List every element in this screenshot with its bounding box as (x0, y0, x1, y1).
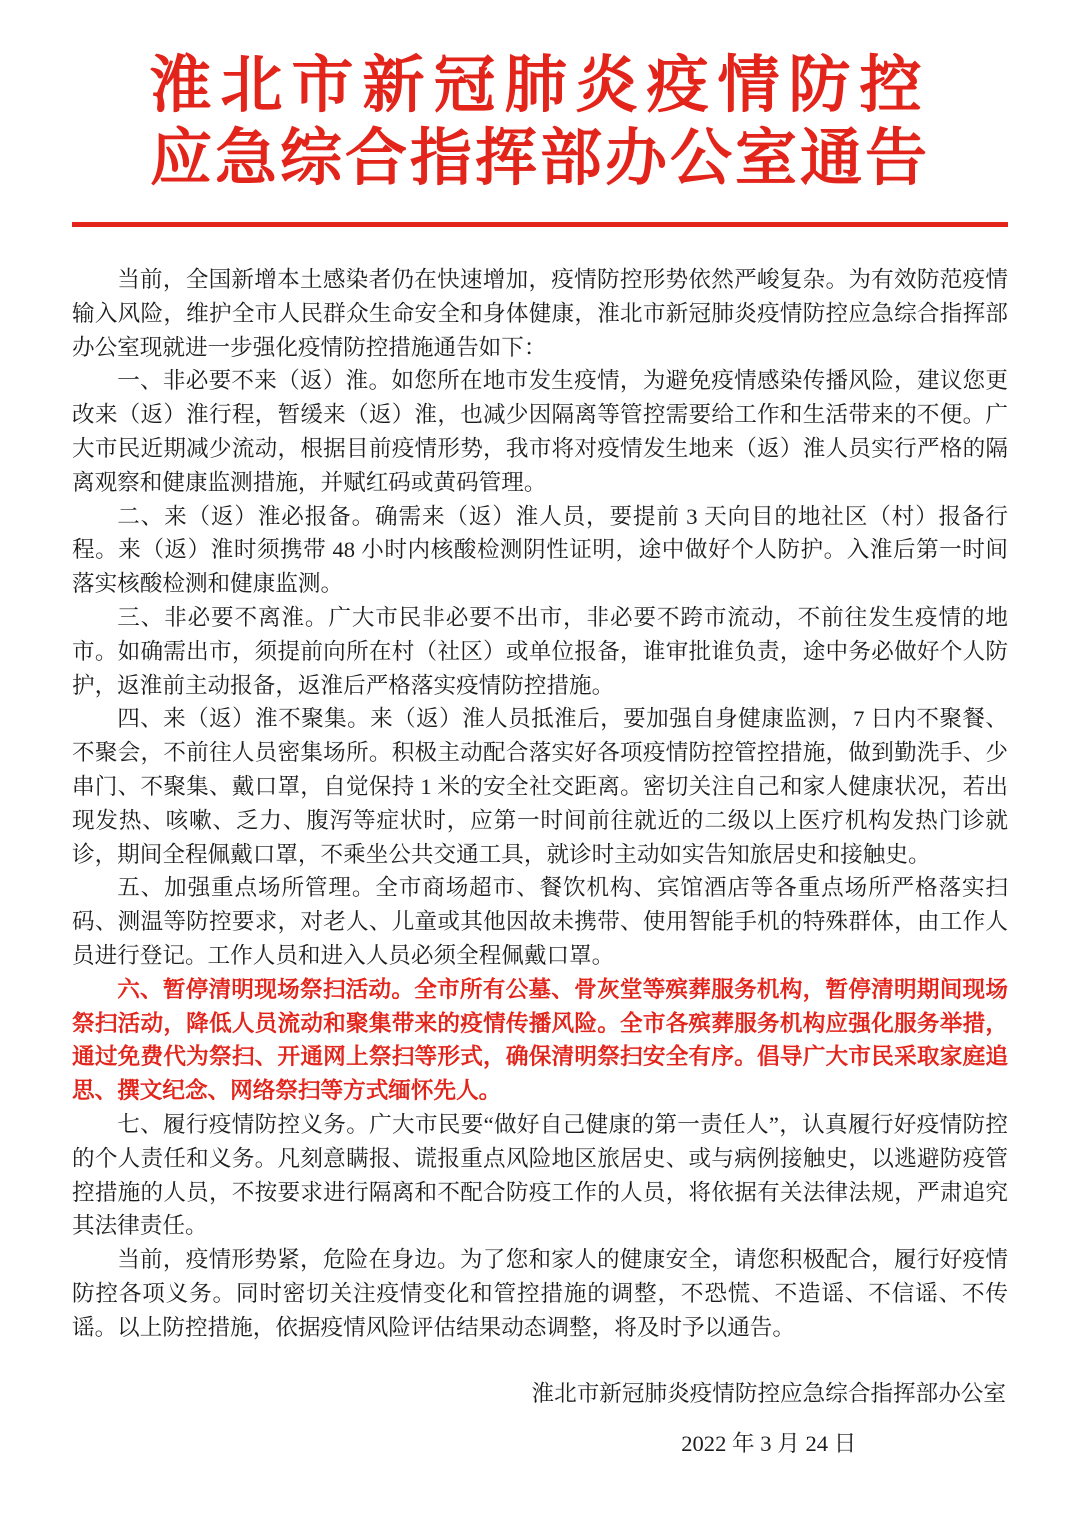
signature-date: 2022 年 3 月 24 日 (532, 1419, 1006, 1469)
paragraph-item-1: 一、非必要不来（返）淮。如您所在地市发生疫情，为避免疫情感染传播风险，建议您更改… (72, 364, 1008, 499)
notice-document: 淮北市新冠肺炎疫情防控 应急综合指挥部办公室通告 当前，全国新增本土感染者仍在快… (0, 0, 1080, 1527)
notice-body: 当前，全国新增本土感染者仍在快速增加，疫情防控形势依然严峻复杂。为有效防范疫情输… (72, 263, 1008, 1345)
paragraph-closing: 当前，疫情形势紧，危险在身边。为了您和家人的健康安全，请您积极配合，履行好疫情防… (72, 1243, 1008, 1344)
signature-block: 淮北市新冠肺炎疫情防控应急综合指挥部办公室 2022 年 3 月 24 日 (532, 1369, 1006, 1469)
paragraph-item-4: 四、来（返）淮不聚集。来（返）淮人员抵淮后，要加强自身健康监测，7 日内不聚餐、… (72, 702, 1008, 871)
paragraph-item-5: 五、加强重点场所管理。全市商场超市、餐饮机构、宾馆酒店等各重点场所严格落实扫码、… (72, 871, 1008, 972)
paragraph-item-6-highlighted: 六、暂停清明现场祭扫活动。全市所有公墓、骨灰堂等殡葬服务机构，暂停清明期间现场祭… (72, 973, 1008, 1108)
signature-issuer: 淮北市新冠肺炎疫情防控应急综合指挥部办公室 (532, 1369, 1006, 1419)
document-title-line-1: 淮北市新冠肺炎疫情防控 (0, 50, 1080, 123)
document-header: 淮北市新冠肺炎疫情防控 应急综合指挥部办公室通告 (0, 0, 1080, 196)
paragraph-intro: 当前，全国新增本土感染者仍在快速增加，疫情防控形势依然严峻复杂。为有效防范疫情输… (72, 263, 1008, 364)
paragraph-item-7: 七、履行疫情防控义务。广大市民要“做好自己健康的第一责任人”，认真履行好疫情防控… (72, 1108, 1008, 1243)
red-divider-rule (72, 222, 1008, 227)
paragraph-item-2: 二、来（返）淮必报备。确需来（返）淮人员，要提前 3 天向目的地社区（村）报备行… (72, 500, 1008, 601)
paragraph-item-3: 三、非必要不离淮。广大市民非必要不出市，非必要不跨市流动，不前往发生疫情的地市。… (72, 601, 1008, 702)
document-title-line-2: 应急综合指挥部办公室通告 (0, 123, 1080, 196)
